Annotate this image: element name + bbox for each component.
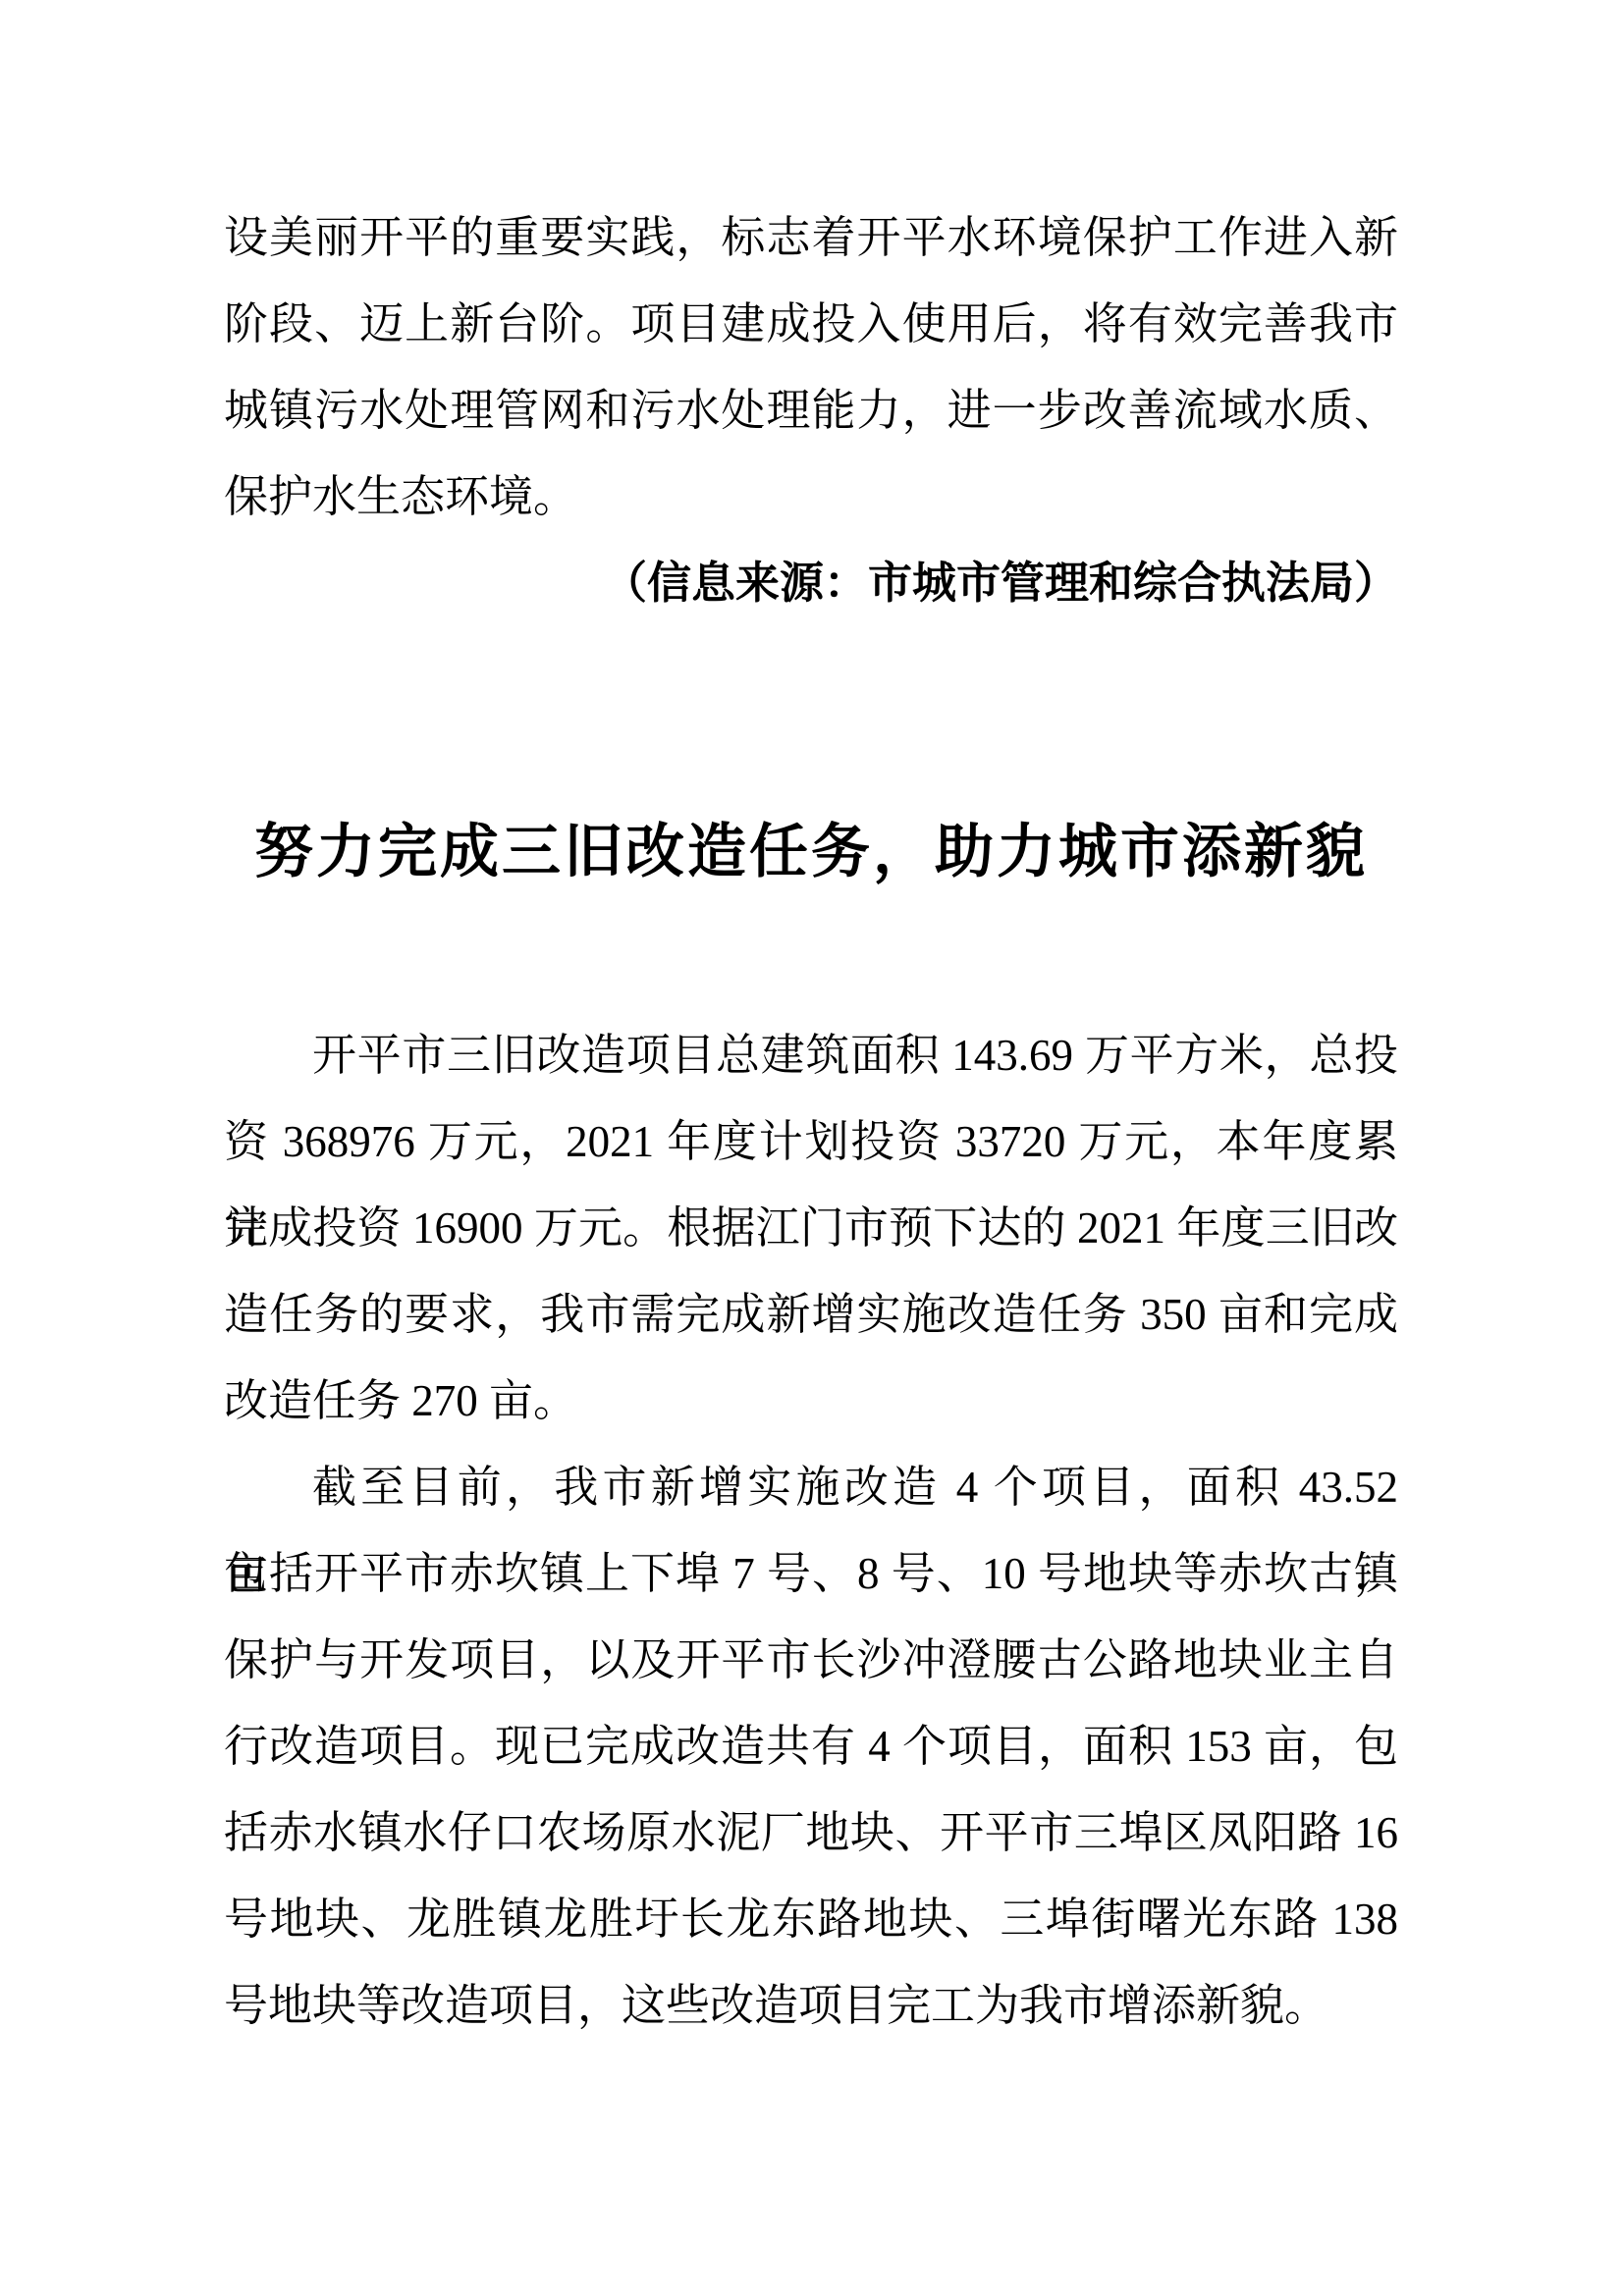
- page-content: 设美丽开平的重要实践，标志着开平水环境保护工作进入新 阶段、迈上新台阶。项目建成…: [224, 0, 1398, 2049]
- text-line: 改造任务 270 亩。: [224, 1358, 1398, 1444]
- article2-paragraph-2: 截至目前，我市新增实施改造 4 个项目，面积 43.52 亩， 包括开平市赤坎镇…: [224, 1444, 1398, 2049]
- text-line: 开平市三旧改造项目总建筑面积 143.69 万平方米，总投: [224, 1012, 1398, 1098]
- text-line: 城镇污水处理管网和污水处理能力，进一步改善流域水质、: [224, 367, 1398, 454]
- text-line: 保护与开发项目，以及开平市长沙冲澄腰古公路地块业主自: [224, 1617, 1398, 1703]
- text-line: 资 368976 万元，2021 年度计划投资 33720 万元，本年度累计: [224, 1098, 1398, 1185]
- text-line: 行改造项目。现已完成改造共有 4 个项目，面积 153 亩，包: [224, 1703, 1398, 1789]
- text-line: 截至目前，我市新增实施改造 4 个项目，面积 43.52 亩，: [224, 1444, 1398, 1530]
- article1-body: 设美丽开平的重要实践，标志着开平水环境保护工作进入新 阶段、迈上新台阶。项目建成…: [224, 194, 1398, 540]
- text-line: 完成投资 16900 万元。根据江门市预下达的 2021 年度三旧改: [224, 1185, 1398, 1271]
- source-attribution: （信息来源：市城市管理和综合执法局）: [224, 540, 1398, 626]
- text-line: 阶段、迈上新台阶。项目建成投入使用后，将有效完善我市: [224, 281, 1398, 367]
- text-line: 造任务的要求，我市需完成新增实施改造任务 350 亩和完成: [224, 1271, 1398, 1358]
- text-line: 括赤水镇水仔口农场原水泥厂地块、开平市三埠区凤阳路 16: [224, 1789, 1398, 1876]
- document-page: 设美丽开平的重要实践，标志着开平水环境保护工作进入新 阶段、迈上新台阶。项目建成…: [0, 0, 1624, 2296]
- article-title: 努力完成三旧改造任务，助力城市添新貌: [224, 803, 1398, 901]
- text-line: 号地块等改造项目，这些改造项目完工为我市增添新貌。: [224, 1962, 1398, 2049]
- article2-paragraph-1: 开平市三旧改造项目总建筑面积 143.69 万平方米，总投 资 368976 万…: [224, 1012, 1398, 1444]
- text-line: 设美丽开平的重要实践，标志着开平水环境保护工作进入新: [224, 194, 1398, 281]
- text-line: 包括开平市赤坎镇上下埠 7 号、8 号、10 号地块等赤坎古镇: [224, 1530, 1398, 1617]
- text-line: 号地块、龙胜镇龙胜圩长龙东路地块、三埠街曙光东路 138: [224, 1876, 1398, 1962]
- text-line: 保护水生态环境。: [224, 454, 1398, 540]
